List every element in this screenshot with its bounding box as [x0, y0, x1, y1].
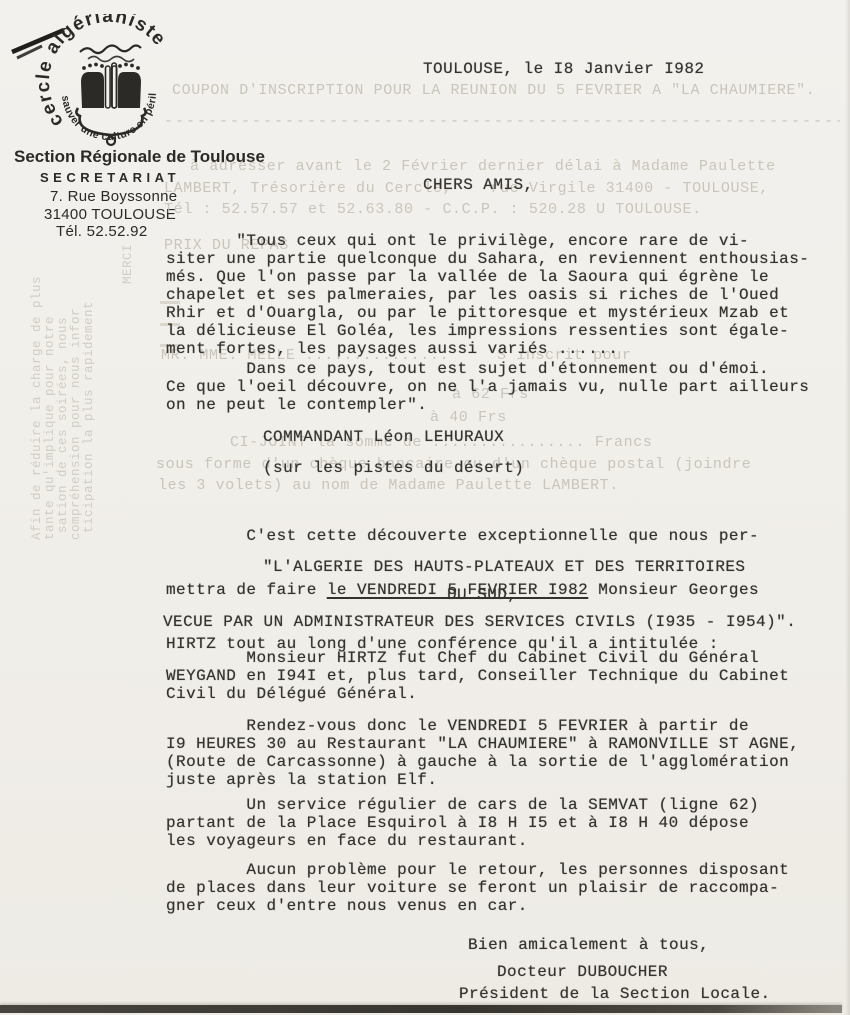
announce-line-1: C'est cette découverte exceptionnelle qu… [166, 527, 759, 545]
paper-right-edge [845, 0, 850, 1015]
bleed-address-3: Tél : 52.57.57 et 52.63.80 - C.C.P. : 52… [164, 201, 702, 219]
margin-vertical-line-3: sation de ces soirées, nous [56, 317, 70, 533]
sender-street: 7. Rue Boyssonne [50, 188, 177, 205]
scanned-letter-page: cercle algérianiste sauver une culture e… [0, 0, 850, 1015]
dateline: TOULOUSE, le I8 Janvier I982 [423, 60, 704, 78]
closing-signatory-title: Président de la Section Locale. [459, 985, 771, 1003]
paragraph-rendezvous: Rendez-vous donc le VENDREDI 5 FEVRIER à… [166, 717, 799, 789]
conference-title-line-2: DU SUD, [447, 586, 517, 604]
sender-secretariat: SECRETARIAT [40, 170, 180, 185]
hamsa-hand-icon [76, 46, 145, 146]
closing-signatory: Docteur DUBOUCHER [497, 963, 668, 981]
bleed-separator: ----------------------------------------… [164, 113, 840, 131]
sender-phone: Tél. 52.52.92 [56, 223, 147, 240]
attribution-work: (sur les pistes du désert) [263, 459, 524, 477]
margin-vertical-line-5: ticipation la plus rapidement [82, 301, 96, 533]
attribution-author: COMMANDANT Léon LEHURAUX [263, 428, 504, 446]
sender-city: 31400 TOULOUSE [44, 206, 176, 223]
scan-bottom-edge [0, 1005, 842, 1013]
paragraph-return-trip: Aucun problème pour le retour, les perso… [166, 861, 789, 915]
paragraph-hirtz-bio: Monsieur HIRTZ fut Chef du Cabinet Civil… [166, 649, 789, 703]
paragraph-quote-2: Dans ce pays, tout est sujet d'étonnemen… [166, 360, 809, 414]
bleed-address-1: à adresser avant le 2 Février dernier dé… [190, 158, 776, 176]
paragraph-bus-service: Un service régulier de cars de la SEMVAT… [166, 796, 759, 850]
announce-line-2-post: Monsieur Georges [588, 581, 759, 599]
announce-line-2-pre: mettra de faire [166, 581, 327, 599]
margin-vertical-merci: MERCI [121, 244, 135, 284]
margin-vertical-line-1: Afin de réduire la charge de plus [30, 276, 44, 540]
conference-title-line-3: VECUE PAR UN ADMINISTRATEUR DES SERVICES… [163, 613, 796, 631]
margin-vertical-line-4: compréhension pour nous infor [69, 308, 83, 540]
closing-salutation: Bien amicalement à tous, [468, 936, 709, 954]
conference-title-line-1: "L'ALGERIE DES HAUTS-PLATEAUX ET DES TER… [263, 558, 745, 576]
bleed-coupon-header: COUPON D'INSCRIPTION POUR LA REUNION DU … [172, 82, 815, 100]
salutation: CHERS AMIS, [423, 176, 534, 194]
margin-vertical-line-2: tante qu'implique pour notre [43, 316, 57, 540]
paragraph-quote-1: "Tous ceux qui ont le privilège, encore … [166, 232, 809, 358]
